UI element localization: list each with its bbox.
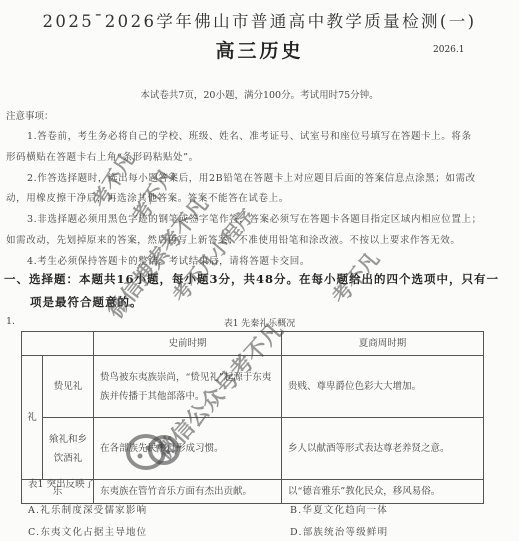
exam-page: 2025¯2026学年佛山市普通高中教学质量检测(一) 高三历史 2026.1 … [0, 0, 519, 541]
row-group-label: 礼 [22, 356, 43, 480]
notice-item-3: 3.非选择题必须用黑色字迹的钢笔或签字笔作答，答案必须写在答题卡各题目指定区域内… [27, 211, 482, 225]
exam-info: 本试卷共7页，20小题，满分100分。考试用时75分钟。 [0, 87, 519, 101]
exam-date: 2026.1 [433, 45, 465, 55]
cell-xia-shang-zhou: 乡人以献酒等形式表达尊老养贤之意。 [282, 418, 484, 480]
section-heading: 一、选择题：本题共16小题，每小题3分，共48分。在每小题给出的四个选项中，只有… [4, 271, 499, 287]
table-header-empty [22, 332, 94, 356]
table-row: 礼 贽见礼 贽鸟被东夷族崇尚，“贽见礼”起源于东夷族并传播于其他部落中。 贵贱、… [22, 356, 484, 418]
cell-xia-shang-zhou: 贵贱、尊卑爵位色彩大大增加。 [282, 356, 484, 418]
table-caption: 表1 先秦礼乐概况 [0, 316, 519, 329]
notice-item-2-cont: 动，用橡皮擦干净后，再选涂其他答案。答案不能答在试卷上。 [6, 190, 289, 204]
exam-title: 2025¯2026学年佛山市普通高中教学质量检测(一) [0, 8, 519, 32]
option-c[interactable]: C.东夷文化占据主导地位 [28, 524, 147, 538]
table-header-xia-shang-zhou: 夏商周时期 [282, 332, 484, 356]
cell-prehistoric: 贽鸟被东夷族崇尚，“贽见礼”起源于东夷族并传播于其他部落中。 [94, 356, 282, 418]
notice-item-3-cont: 如需改动，先划掉原来的答案，然后再写上新答案；不准使用铅笔和涂改液。不按以上要求… [6, 232, 461, 246]
row-label: 贽见礼 [43, 356, 94, 418]
notice-item-1: 1.答卷前，考生务必将自己的学校、班级、姓名、准考证号、试室号和座位号填写在答题… [27, 128, 472, 142]
table-row: 飨礼和乡饮酒礼 在各部族先民中已形成习惯。 乡人以献酒等形式表达尊老养贤之意。 [22, 418, 484, 480]
cell-prehistoric: 在各部族先民中已形成习惯。 [94, 418, 282, 480]
notice-item-1-cont: 形码横贴在答题卡右上角“条形码粘贴处”。 [6, 149, 199, 163]
notice-item-2: 2.作答选择题时，选出每小题答案后，用2B铅笔在答题卡上对应题目后面的答案信息点… [27, 170, 476, 184]
table-header-row: 史前时期 夏商周时期 [22, 332, 484, 356]
notice-item-4: 4.考生必须保持答题卡的整洁。考试结束后，请将答题卡交回。 [27, 253, 310, 267]
table-header-prehistoric: 史前时期 [94, 332, 282, 356]
cell-prehistoric: 东夷族在管竹音乐方面有杰出贡献。 [94, 480, 282, 504]
option-d[interactable]: D.部族统治等级鲜明 [290, 524, 388, 538]
cell-xia-shang-zhou: 以“德音雅乐”教化民众，移风易俗。 [282, 480, 484, 504]
option-b[interactable]: B.华夏文化趋向一体 [290, 502, 388, 516]
question-stem: 表1 突出反映了 [28, 476, 94, 490]
section-heading-cont: 项是最符合题意的。 [30, 294, 143, 310]
option-a[interactable]: A.礼乐制度深受儒家影响 [28, 502, 147, 516]
row-label: 飨礼和乡饮酒礼 [43, 418, 94, 480]
notice-heading: 注意事项： [6, 108, 54, 122]
